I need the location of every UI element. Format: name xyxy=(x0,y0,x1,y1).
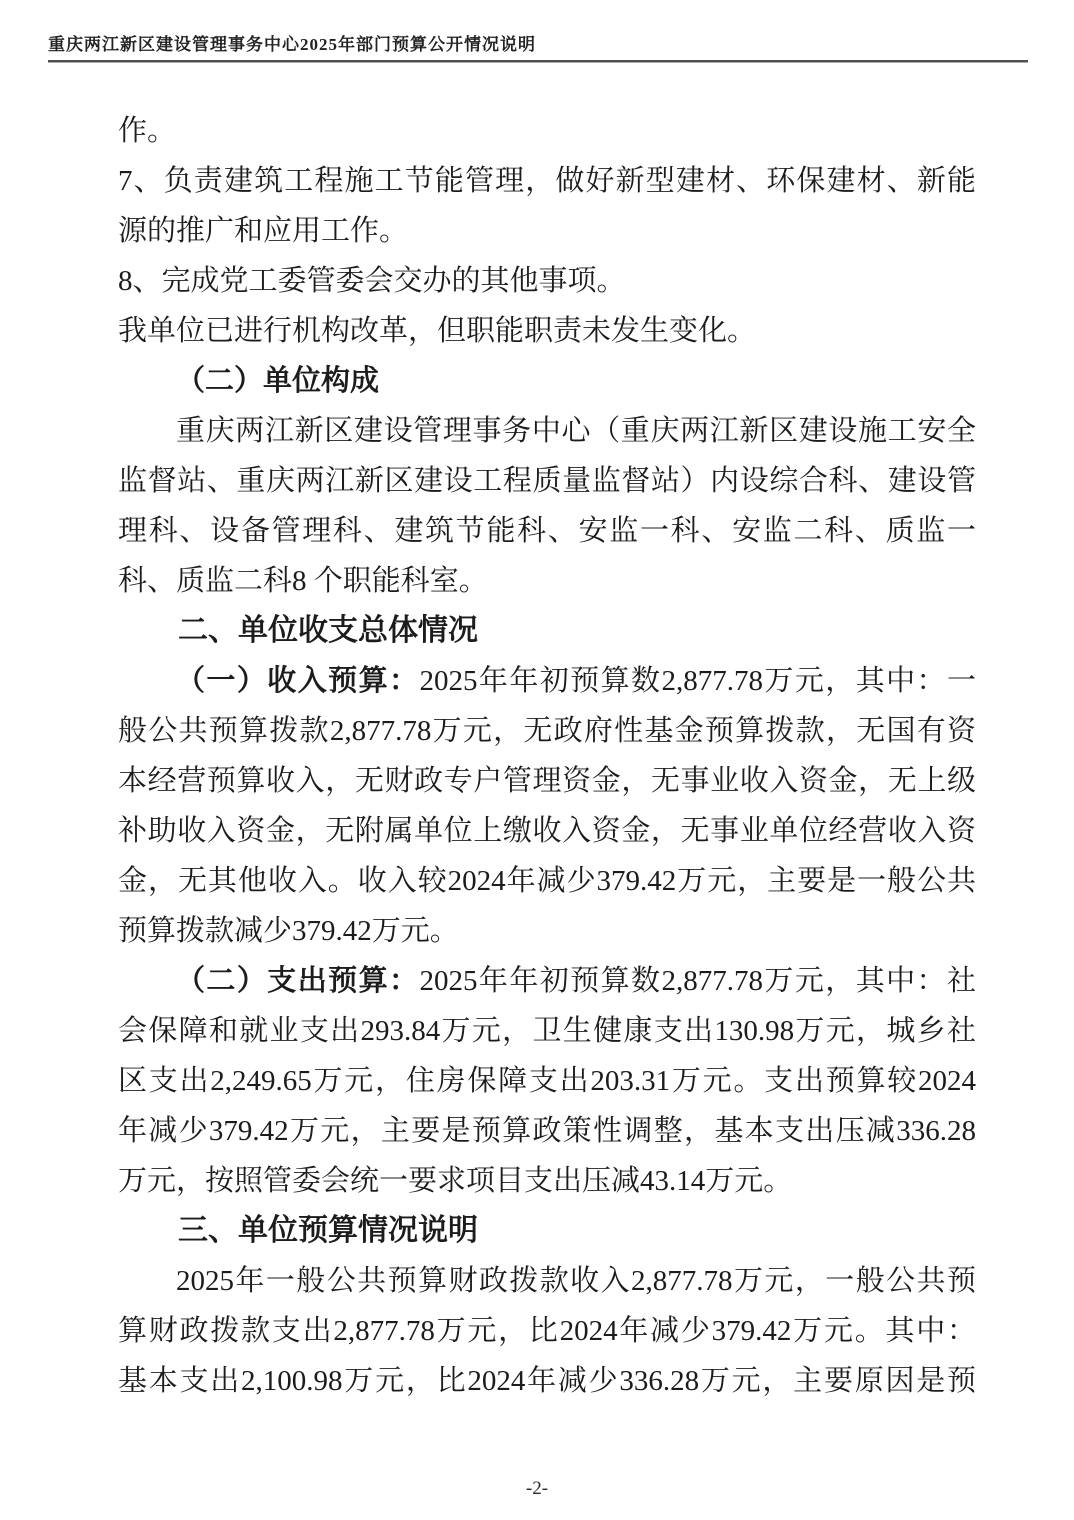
doc-line: 重庆两江新区建设管理事务中心（重庆两江新区建设施工安全 xyxy=(118,406,976,456)
doc-line: （二）支出预算：2025年年初预算数2,877.78万元，其中：社 xyxy=(118,956,976,1006)
doc-line: 作。 xyxy=(118,106,976,156)
header-rule xyxy=(48,60,1028,63)
line-text: 2025年年初预算数2,877.78万元，其中：一 xyxy=(419,665,976,697)
document-page: 重庆两江新区建设管理事务中心2025年部门预算公开情况说明 作。 7、负责建筑工… xyxy=(0,0,1074,1520)
document-body: 作。 7、负责建筑工程施工节能管理，做好新型建材、环保建材、新能 源的推广和应用… xyxy=(118,106,976,1406)
doc-line: （一）收入预算：2025年年初预算数2,877.78万元，其中：一 xyxy=(118,656,976,706)
doc-heading: 三、单位预算情况说明 xyxy=(118,1206,976,1256)
doc-line: 会保障和就业支出293.84万元，卫生健康支出130.98万元，城乡社 xyxy=(118,1006,976,1056)
doc-line: 区支出2,249.65万元，住房保障支出203.31万元。支出预算较2024 xyxy=(118,1056,976,1106)
document-header: 重庆两江新区建设管理事务中心2025年部门预算公开情况说明 xyxy=(48,30,1028,63)
doc-line: 理科、设备管理科、建筑节能科、安监一科、安监二科、质监一 xyxy=(118,506,976,556)
doc-subheading: （二）单位构成 xyxy=(118,356,976,406)
line-bold-prefix: （一）收入预算： xyxy=(176,665,419,697)
doc-line: 监督站、重庆两江新区建设工程质量监督站）内设综合科、建设管 xyxy=(118,456,976,506)
line-bold-prefix: （二）支出预算： xyxy=(176,965,419,997)
doc-line: 万元，按照管委会统一要求项目支出压减43.14万元。 xyxy=(118,1156,976,1206)
doc-line: 源的推广和应用工作。 xyxy=(118,206,976,256)
doc-line: 算财政拨款支出2,877.78万元，比2024年减少379.42万元。其中： xyxy=(118,1306,976,1356)
doc-line: 金，无其他收入。收入较2024年减少379.42万元，主要是一般公共 xyxy=(118,856,976,906)
doc-line: 8、完成党工委管委会交办的其他事项。 xyxy=(118,256,976,306)
doc-line: 科、质监二科8 个职能科室。 xyxy=(118,556,976,606)
doc-line: 基本支出2,100.98万元，比2024年减少336.28万元，主要原因是预 xyxy=(118,1356,976,1406)
doc-line: 7、负责建筑工程施工节能管理，做好新型建材、环保建材、新能 xyxy=(118,156,976,206)
doc-line: 预算拨款减少379.42万元。 xyxy=(118,906,976,956)
doc-line: 年减少379.42万元，主要是预算政策性调整，基本支出压减336.28 xyxy=(118,1106,976,1156)
doc-line: 补助收入资金，无附属单位上缴收入资金，无事业单位经营收入资 xyxy=(118,806,976,856)
page-number: -2- xyxy=(0,1478,1074,1500)
doc-heading: 二、单位收支总体情况 xyxy=(118,606,976,656)
doc-line: 本经营预算收入，无财政专户管理资金，无事业收入资金，无上级 xyxy=(118,756,976,806)
doc-line: 我单位已进行机构改革，但职能职责未发生变化。 xyxy=(118,306,976,356)
header-title: 重庆两江新区建设管理事务中心2025年部门预算公开情况说明 xyxy=(48,30,1028,55)
doc-line: 2025年一般公共预算财政拨款收入2,877.78万元，一般公共预 xyxy=(118,1256,976,1306)
line-text: 2025年年初预算数2,877.78万元，其中：社 xyxy=(419,965,976,997)
doc-line: 般公共预算拨款2,877.78万元，无政府性基金预算拨款，无国有资 xyxy=(118,706,976,756)
